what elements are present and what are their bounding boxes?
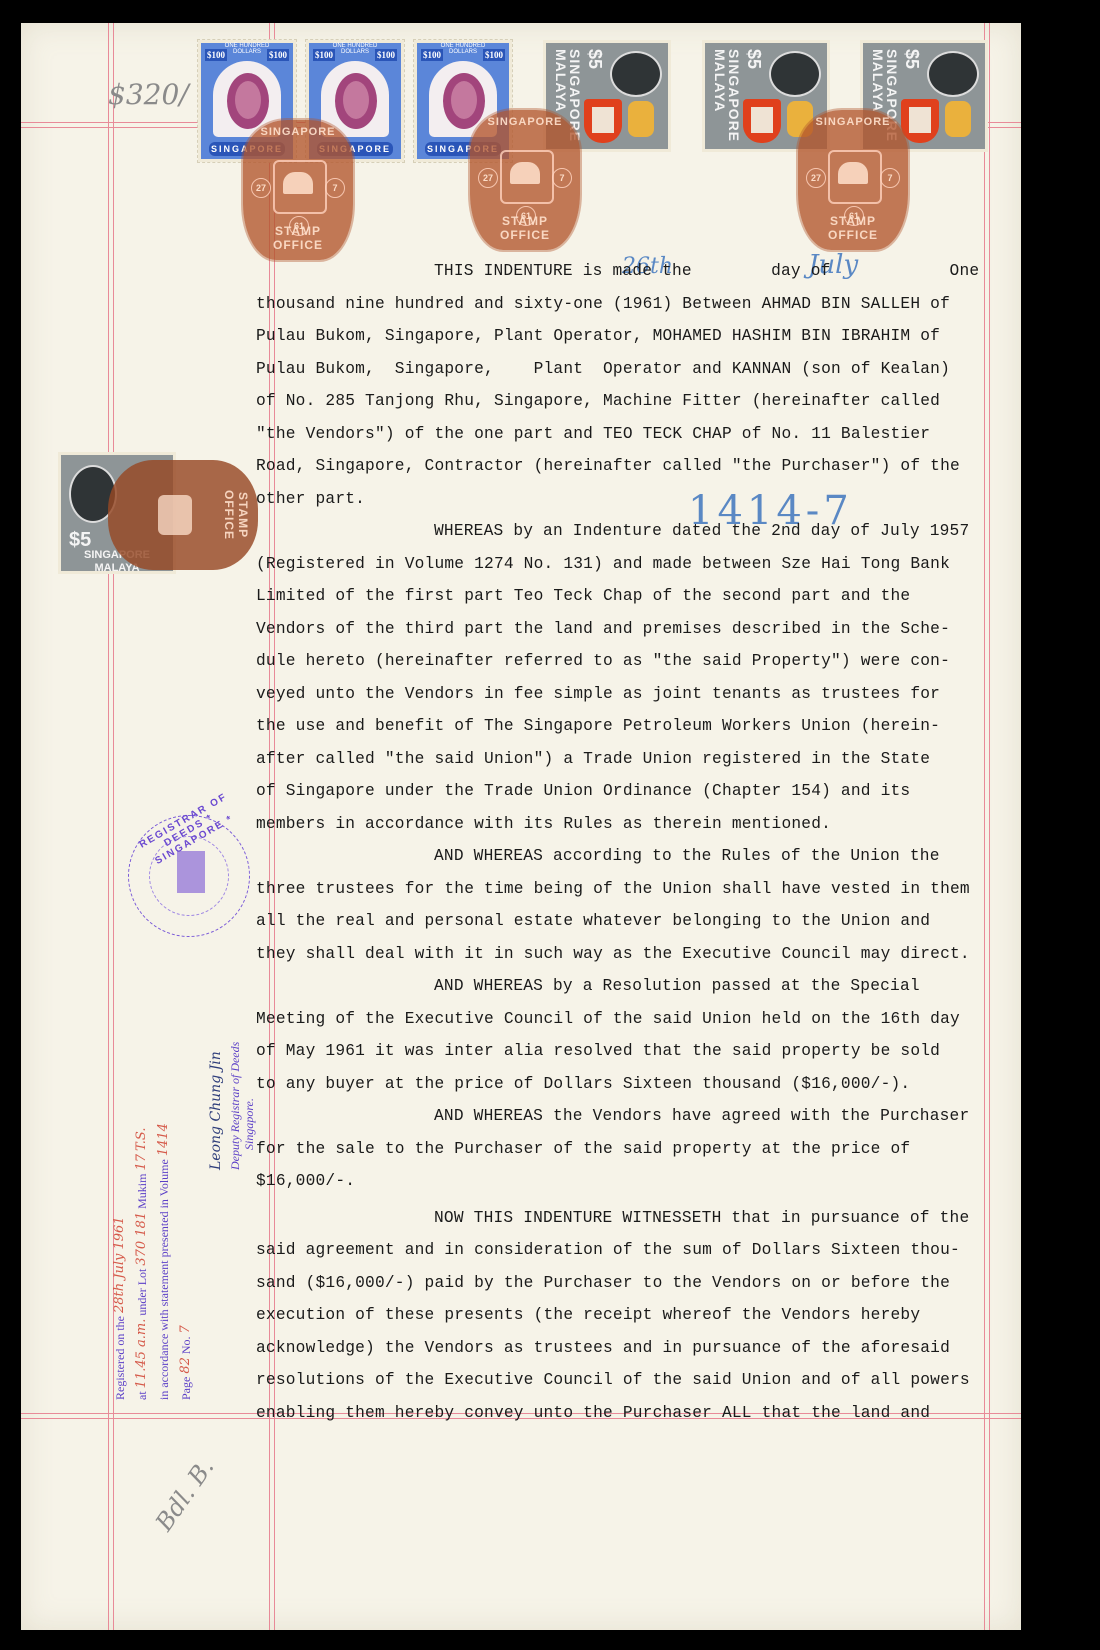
seal-month: 7 <box>325 178 345 198</box>
body-line: Limited of the first part Teo Teck Chap … <box>256 580 986 613</box>
stamp-value: $100 <box>375 49 397 61</box>
crown-icon <box>510 162 540 184</box>
registrar-signature: Leong Chung Jin <box>208 1000 224 1170</box>
body-line: "the Vendors") of the one part and TEO T… <box>256 418 986 451</box>
queen-portrait-icon <box>610 51 662 97</box>
stamp-value: $5 <box>901 49 922 69</box>
body-line: resolutions of the Executive Council of … <box>256 1364 986 1397</box>
endorsement-line-4: Page 82 No. 7 <box>178 1000 194 1400</box>
queen-face-icon <box>451 81 477 119</box>
body-line: they shall deal with it in such way as t… <box>256 938 986 971</box>
volume-number: 1414 <box>156 1123 171 1156</box>
lot-number: 370 181 <box>134 1212 149 1266</box>
seal-bottom-text: STAMP OFFICE <box>478 214 572 242</box>
body-line: Pulau Bukom, Singapore, Plant Operator, … <box>256 320 986 353</box>
body-line: Meeting of the Executive Council of the … <box>256 1003 986 1036</box>
no-label: No. <box>179 1336 193 1354</box>
endorsement-line-3: in accordance with statement presented i… <box>156 1000 172 1400</box>
entry-number: 7 <box>178 1325 193 1333</box>
body-line: to any buyer at the price of Dollars Six… <box>256 1068 986 1101</box>
seal-month: 7 <box>880 168 900 188</box>
seal-bottom-text: STAMP OFFICE <box>222 470 250 560</box>
body-line: dule hereto (hereinafter referred to as … <box>256 645 986 678</box>
deed-body: THIS INDENTURE is made the day of One th… <box>256 255 986 1429</box>
seal-bottom-text: STAMP OFFICE <box>806 214 900 242</box>
body-line: AND WHEREAS by a Resolution passed at th… <box>256 970 986 1003</box>
queen-portrait-icon <box>927 51 979 97</box>
body-line: thousand nine hundred and sixty-one (196… <box>256 288 986 321</box>
body-line: after called "the said Union") a Trade U… <box>256 743 986 776</box>
body-line: Road, Singapore, Contractor (hereinafter… <box>256 450 986 483</box>
body-line: acknowledge) the Vendors as trustees and… <box>256 1332 986 1365</box>
registered-time: 11.45 a.m. <box>134 1319 149 1389</box>
endorsement-line-1: Registered on the 28th July 1961 <box>112 1000 128 1400</box>
body-line: of Singapore under the Trade Union Ordin… <box>256 775 986 808</box>
stamp-office-seal: SINGAPORE 27 7 61 STAMP OFFICE <box>243 120 353 260</box>
body-line: $16,000/-. <box>256 1165 986 1198</box>
body-line: of May 1961 it was inter alia resolved t… <box>256 1035 986 1068</box>
seal-day: 27 <box>251 178 271 198</box>
stamp-country: SINGAPORE MALAYA <box>713 49 741 149</box>
body-line: NOW THIS INDENTURE WITNESSETH that in pu… <box>256 1202 986 1235</box>
stamp-office-seal: SINGAPORE 27 7 61 STAMP OFFICE <box>470 110 580 250</box>
lot-label: under Lot <box>135 1269 149 1316</box>
body-line: three trustees for the time being of the… <box>256 873 986 906</box>
body-line: members in accordance with its Rules as … <box>256 808 986 841</box>
registration-endorsement: Registered on the 28th July 1961 at 11.4… <box>108 1000 258 1400</box>
ts-label: T.S. <box>134 1128 149 1151</box>
registered-on-label: Registered on the <box>113 1316 127 1400</box>
body-line: sand ($16,000/-) paid by the Purchaser t… <box>256 1267 986 1300</box>
body-line: the use and benefit of The Singapore Pet… <box>256 710 986 743</box>
crown-icon <box>838 162 868 184</box>
body-line: Pulau Bukom, Singapore, Plant Operator a… <box>256 353 986 386</box>
body-line: AND WHEREAS according to the Rules of th… <box>256 840 986 873</box>
body-line: all the real and personal estate whateve… <box>256 905 986 938</box>
stamp-value: $5 <box>743 49 764 69</box>
stamp-value: $100 <box>205 49 227 61</box>
crown-icon <box>158 495 192 535</box>
queen-portrait-icon <box>769 51 821 97</box>
lion-icon <box>628 101 654 137</box>
page-label: Page <box>179 1377 193 1400</box>
body-line: AND WHEREAS the Vendors have agreed with… <box>256 1100 986 1133</box>
crown-icon <box>283 172 313 194</box>
lion-icon <box>945 101 971 137</box>
seal-day: 27 <box>806 168 826 188</box>
stamp-value: $5 <box>584 49 605 69</box>
registered-date: 28th July 1961 <box>112 1216 127 1313</box>
queen-face-icon <box>235 81 261 119</box>
body-line: (Registered in Volume 1274 No. 131) and … <box>256 548 986 581</box>
seal-month: 7 <box>552 168 572 188</box>
at-label: at <box>135 1391 149 1400</box>
body-line: of No. 285 Tanjong Rhu, Singapore, Machi… <box>256 385 986 418</box>
seal-top-text: SINGAPORE <box>806 116 900 128</box>
pencil-amount-note: $320/ <box>108 78 189 111</box>
stamp-value: $100 <box>483 49 505 61</box>
stamp-office-seal: SINGAPORE 27 7 61 STAMP OFFICE <box>798 110 908 250</box>
mukim-label: Mukim <box>135 1174 149 1209</box>
stamp-value: $100 <box>267 49 289 61</box>
coat-of-arms-icon <box>901 99 939 143</box>
signatory-title: Deputy Registrar of Deeds <box>228 1000 243 1170</box>
queen-face-icon <box>343 81 369 119</box>
body-line: for the sale to the Purchaser of the sai… <box>256 1133 986 1166</box>
stamp-office-seal-side: STAMP OFFICE <box>108 460 258 570</box>
body-line: WHEREAS by an Indenture dated the 2nd da… <box>256 515 986 548</box>
coat-of-arms-icon <box>743 99 781 143</box>
body-line: enabling them hereby convey unto the Pur… <box>256 1397 986 1430</box>
signatory-place: Singapore. <box>242 1000 257 1150</box>
body-line: veyed unto the Vendors in fee simple as … <box>256 678 986 711</box>
seal-top-text: SINGAPORE <box>251 126 345 138</box>
body-line: THIS INDENTURE is made the day of One <box>256 255 986 288</box>
stamp-value: $100 <box>421 49 443 61</box>
crest-icon <box>177 851 205 893</box>
body-line: execution of these presents (the receipt… <box>256 1299 986 1332</box>
endorsement-line-2: at 11.45 a.m. under Lot 370 181 Mukim 17… <box>134 1000 150 1400</box>
body-line: Vendors of the third part the land and p… <box>256 613 986 646</box>
seal-bottom-text: STAMP OFFICE <box>251 224 345 252</box>
coat-of-arms-icon <box>584 99 622 143</box>
seal-top-text: SINGAPORE <box>478 116 572 128</box>
registrar-of-deeds-seal: REGISTRAR OF DEEDS * SINGAPORE * <box>128 815 250 937</box>
body-line: other part. <box>256 483 986 516</box>
body-line: said agreement and in consideration of t… <box>256 1234 986 1267</box>
mukim-number: 17 <box>134 1154 149 1171</box>
page-number: 82 <box>178 1357 193 1374</box>
stamp-value: $100 <box>313 49 335 61</box>
seal-day: 27 <box>478 168 498 188</box>
volume-label: in accordance with statement presented i… <box>157 1159 171 1400</box>
